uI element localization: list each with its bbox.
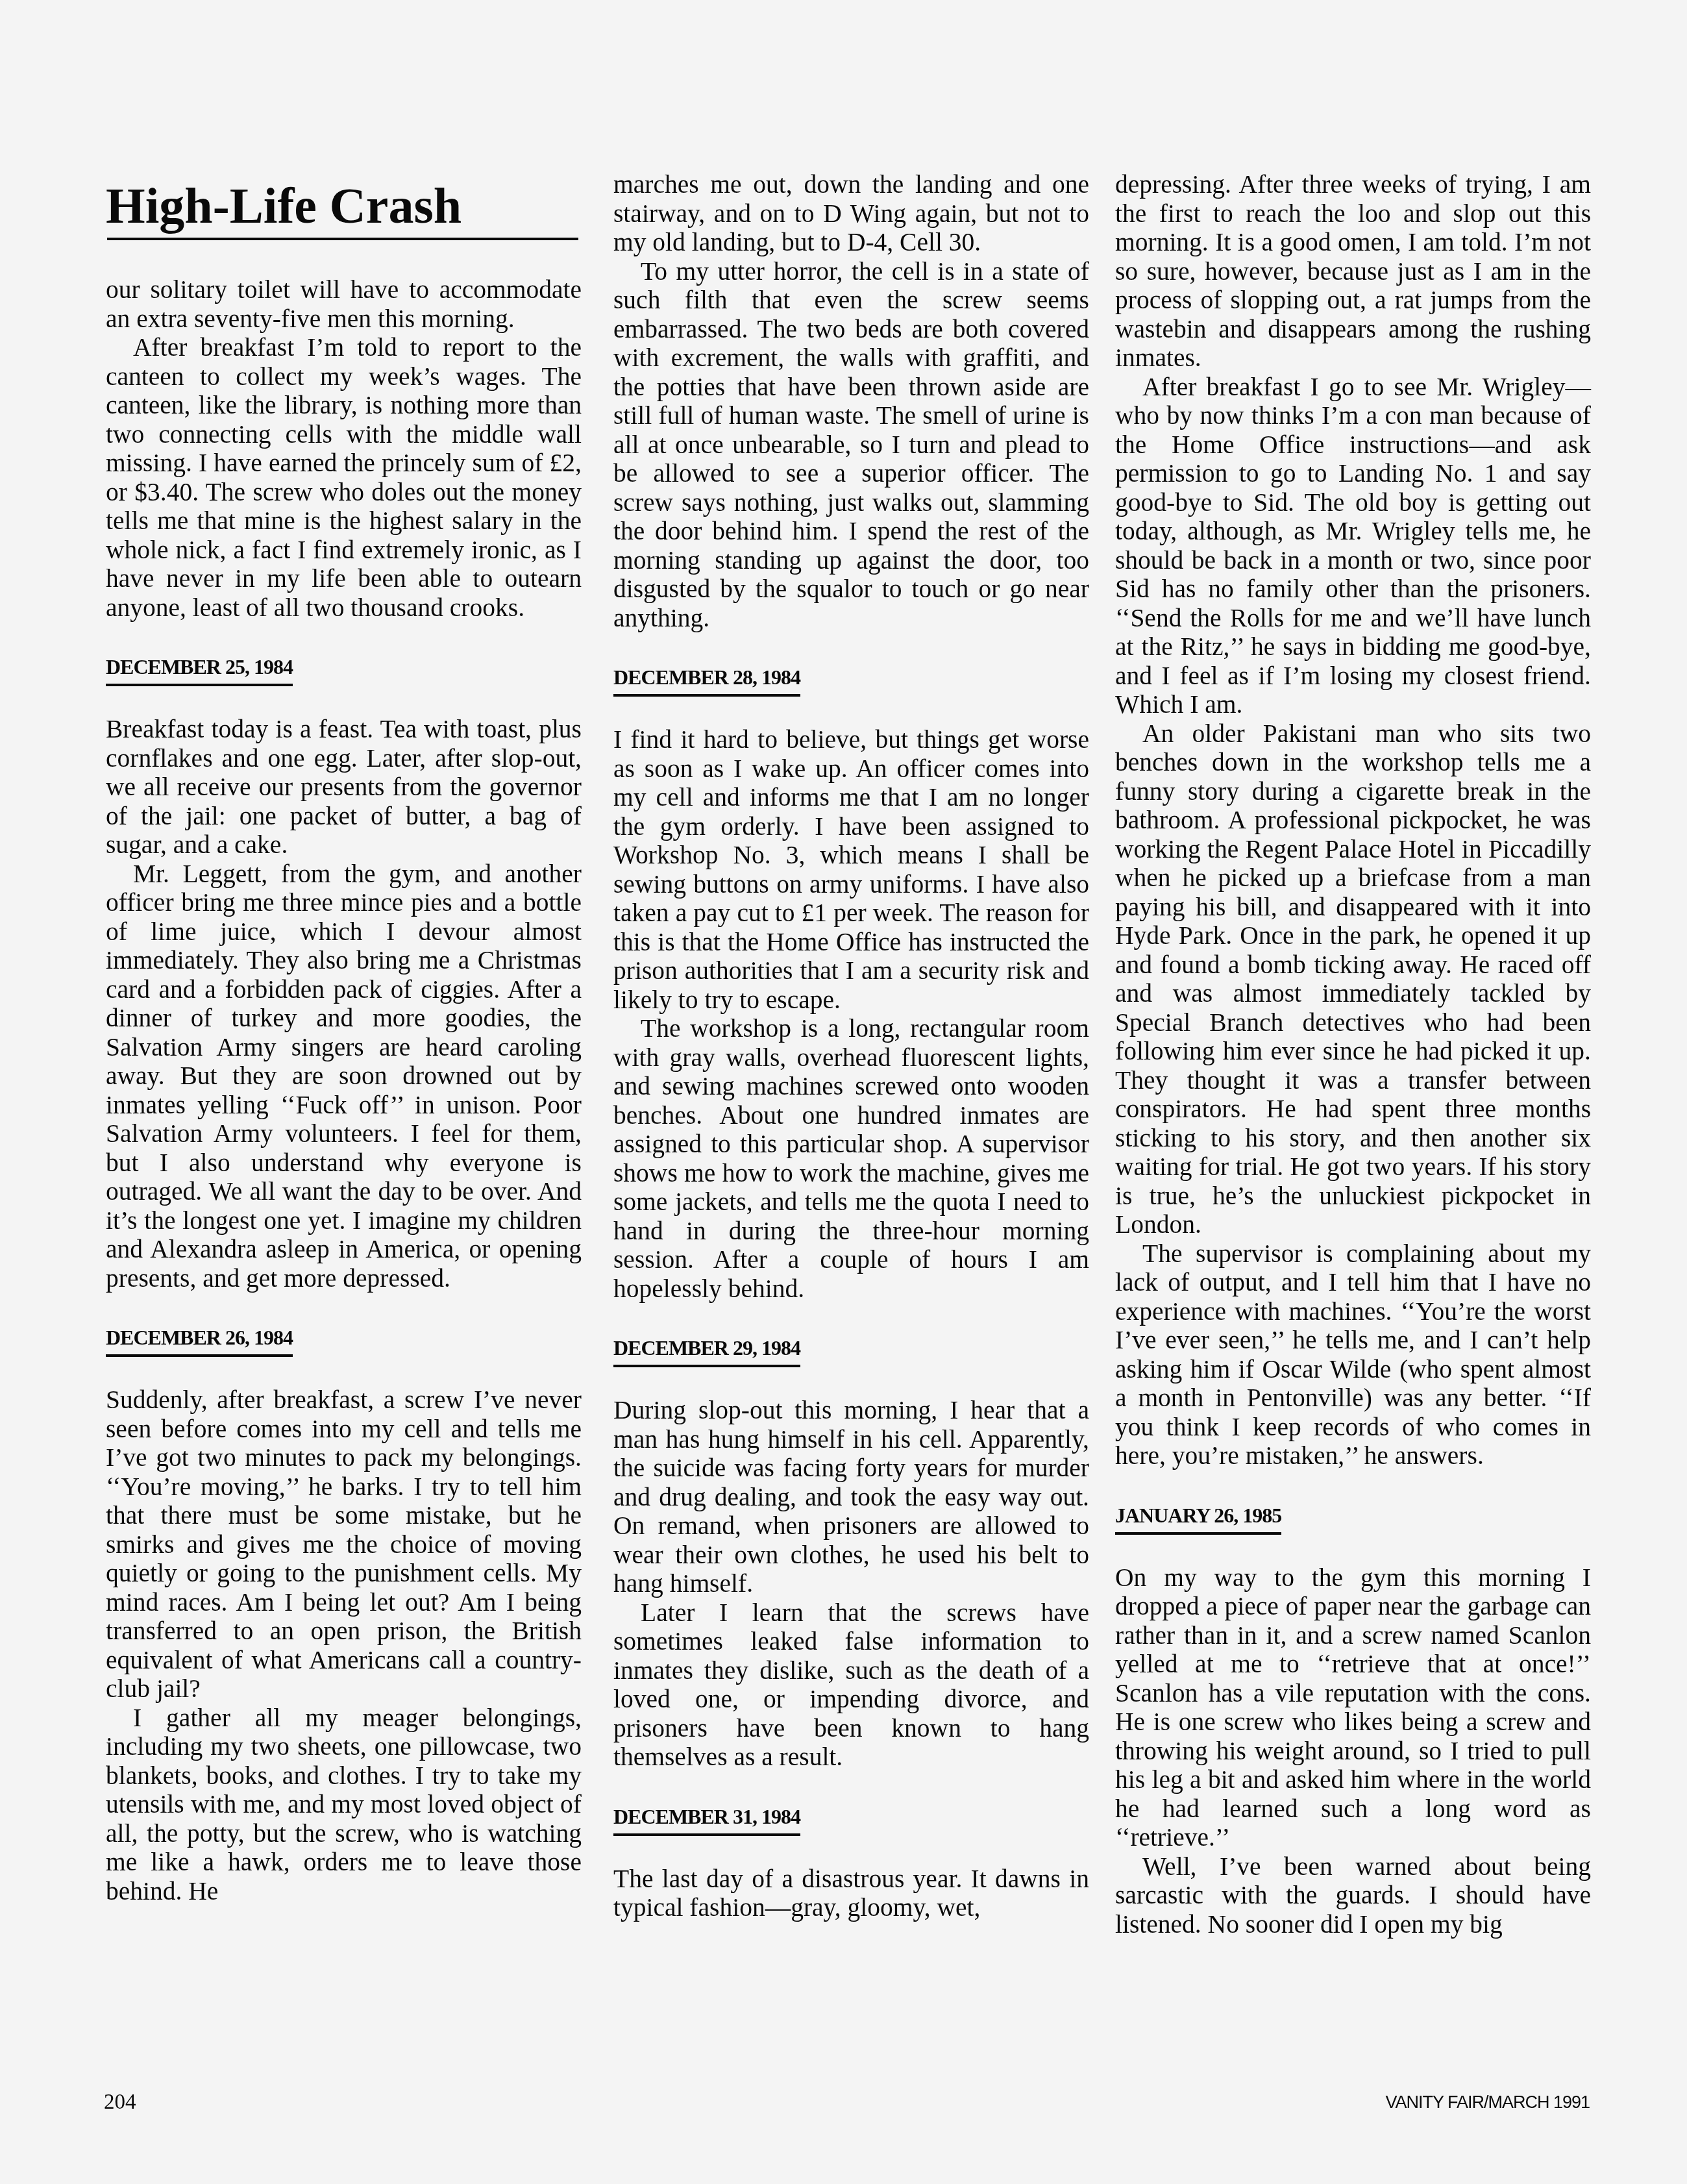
body-paragraph: I find it hard to believe, but things ge… [613,725,1089,1014]
body-paragraph: To my utter horror, the cell is in a sta… [613,257,1089,633]
body-paragraph: The supervisor is complaining about my l… [1115,1239,1591,1470]
body-paragraph: our solitary toilet will have to accommo… [106,275,582,333]
page-number: 204 [104,2089,136,2115]
body-paragraph: The workshop is a long, rectangular room… [613,1014,1089,1303]
article-title: High-Life Crash [106,177,462,235]
body-paragraph: Suddenly, after breakfast, a screw I’ve … [106,1385,582,1704]
dateline-wrapper: DECEMBER 31, 1984 [613,1801,1089,1836]
text-column-1: our solitary toilet will have to accommo… [106,275,582,1905]
body-paragraph: I gather all my meager belongings, inclu… [106,1704,582,1906]
entry-dateline: JANUARY 26, 1985 [1115,1502,1281,1535]
dateline-wrapper: JANUARY 26, 1985 [1115,1500,1591,1535]
body-paragraph: Breakfast today is a feast. Tea with toa… [106,715,582,860]
dateline-wrapper: DECEMBER 28, 1984 [613,662,1089,697]
body-paragraph: During slop-out this morning, I hear tha… [613,1396,1089,1598]
body-paragraph: On my way to the gym this morning I drop… [1115,1563,1591,1852]
entry-dateline: DECEMBER 31, 1984 [613,1804,800,1836]
body-paragraph: After breakfast I’m told to report to th… [106,333,582,622]
dateline-wrapper: DECEMBER 26, 1984 [106,1322,582,1357]
entry-dateline: DECEMBER 25, 1984 [106,654,293,686]
body-paragraph: The last day of a disastrous year. It da… [613,1865,1089,1922]
body-paragraph: depressing. After three weeks of trying,… [1115,170,1591,373]
text-column-2: marches me out, down the landing and one… [613,170,1089,1922]
body-paragraph: After breakfast I go to see Mr. Wrigley—… [1115,373,1591,719]
publication-footer: VANITY FAIR/MARCH 1991 [1385,2089,1590,2115]
entry-dateline: DECEMBER 29, 1984 [613,1335,800,1367]
body-paragraph: Well, I’ve been warned about being sarca… [1115,1852,1591,1939]
entry-dateline: DECEMBER 28, 1984 [613,664,800,697]
dateline-wrapper: DECEMBER 25, 1984 [106,651,582,686]
body-paragraph: marches me out, down the landing and one… [613,170,1089,257]
body-paragraph: Later I learn that the screws have somet… [613,1598,1089,1772]
text-column-3: depressing. After three weeks of trying,… [1115,170,1591,1939]
body-paragraph: An older Pakistani man who sits two benc… [1115,719,1591,1239]
title-rule [107,238,578,240]
body-paragraph: Mr. Leggett, from the gym, and another o… [106,860,582,1293]
dateline-wrapper: DECEMBER 29, 1984 [613,1332,1089,1367]
entry-dateline: DECEMBER 26, 1984 [106,1324,293,1357]
